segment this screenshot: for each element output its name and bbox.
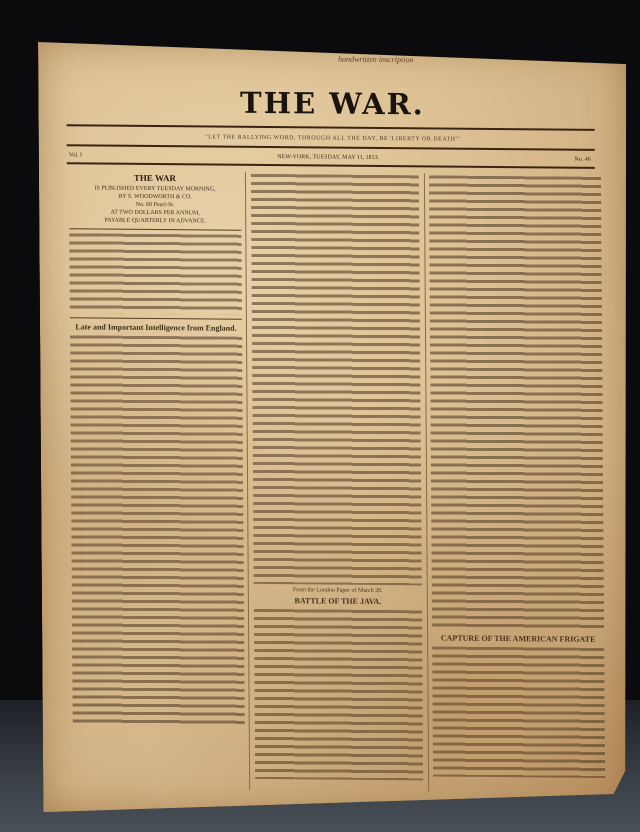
column-1: THE WAR IS PUBLISHED EVERY TUESDAY MORNI… (67, 170, 247, 790)
masthead: THE WAR. (38, 84, 626, 123)
issue-number: No. 46 (574, 157, 590, 163)
signature: handwritten inscription (338, 55, 413, 65)
dateline-bar: Vol. I NEW-YORK, TUESDAY, MAY 11, 1813. … (69, 152, 591, 163)
column-2: From the London Paper of March 20. BATTL… (249, 172, 425, 792)
body-text (251, 174, 422, 586)
rule (67, 124, 595, 131)
article-title: BATTLE OF THE JAVA. (252, 596, 424, 608)
rule (70, 317, 242, 320)
newspaper-page: handwritten inscription THE WAR. "LET TH… (38, 42, 631, 817)
body-text (429, 175, 604, 632)
source-line: From the London Paper of March 20. (252, 587, 424, 595)
rule (67, 162, 595, 169)
rule (69, 228, 241, 231)
publisher-line: PAYABLE QUARTERLY IN ADVANCE. (67, 216, 243, 226)
body-text (69, 233, 242, 315)
body-text (254, 609, 423, 780)
article-title: CAPTURE OF THE AMERICAN FRIGATE (430, 633, 606, 645)
column-heading: THE WAR (67, 172, 243, 184)
rule (67, 144, 595, 151)
motto: "LET THE RALLYING WORD, THROUGH ALL THE … (39, 133, 627, 144)
article-title: Late and Important Intelligence from Eng… (68, 322, 244, 334)
volume: Vol. I (69, 152, 82, 158)
column-3: CAPTURE OF THE AMERICAN FRIGATE (427, 173, 607, 793)
body-text (70, 335, 245, 727)
body-text (432, 646, 605, 778)
dateline: NEW-YORK, TUESDAY, MAY 11, 1813. (277, 154, 379, 161)
